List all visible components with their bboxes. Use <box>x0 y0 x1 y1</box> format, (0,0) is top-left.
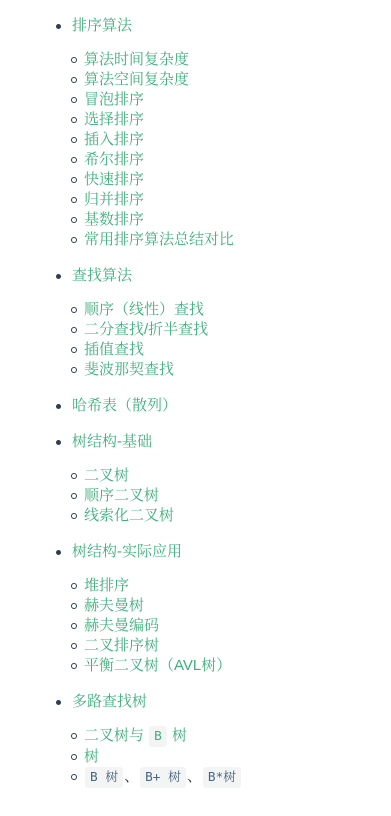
toc-sublist: 算法时间复杂度算法空间复杂度冒泡排序选择排序插入排序希尔排序快速排序归并排序基数… <box>72 50 375 250</box>
toc-item: 希尔排序 <box>84 150 375 170</box>
toc-item-link[interactable]: 选择排序 <box>84 111 144 128</box>
circle-bullet-icon <box>71 117 77 123</box>
toc-section-link[interactable]: 哈希表（散列） <box>72 397 177 414</box>
disc-bullet-icon <box>56 700 61 705</box>
toc-item: 顺序（线性）查找 <box>84 300 375 320</box>
toc-item-text: 插入排序 <box>84 131 144 148</box>
toc-item: 堆排序 <box>84 576 375 596</box>
circle-bullet-icon <box>71 97 77 103</box>
toc-item: B 树、B+ 树、B*树 <box>84 767 375 788</box>
circle-bullet-icon <box>71 347 77 353</box>
toc-item-link[interactable]: 平衡二叉树（AVL树） <box>84 657 231 674</box>
toc-item-link[interactable]: 顺序（线性）查找 <box>84 301 204 318</box>
toc-item-text: 常用排序算法总结对比 <box>84 231 234 248</box>
toc-item: 基数排序 <box>84 210 375 230</box>
toc-item-text: 插值查找 <box>84 341 144 358</box>
toc-item-text: 赫夫曼编码 <box>84 617 159 634</box>
circle-bullet-icon <box>71 57 77 63</box>
toc-section: 多路查找树二叉树与 B 树树B 树、B+ 树、B*树 <box>72 692 375 788</box>
toc-item: 归并排序 <box>84 190 375 210</box>
toc-item-link[interactable]: 冒泡排序 <box>84 91 144 108</box>
toc-item-link[interactable]: 二叉排序树 <box>84 637 159 654</box>
circle-bullet-icon <box>71 217 77 223</box>
toc-item-link[interactable]: 赫夫曼树 <box>84 597 144 614</box>
separator-text: 、 <box>124 768 139 785</box>
toc-section: 树结构-实际应用堆排序赫夫曼树赫夫曼编码二叉排序树平衡二叉树（AVL树） <box>72 542 375 676</box>
circle-bullet-icon <box>71 583 77 589</box>
toc-item: 二叉排序树 <box>84 636 375 656</box>
disc-bullet-icon <box>56 24 61 29</box>
toc-item: 选择排序 <box>84 110 375 130</box>
toc-sublist: 顺序（线性）查找二分查找/折半查找插值查找斐波那契查找 <box>72 300 375 380</box>
toc-item: 斐波那契查找 <box>84 360 375 380</box>
toc-item-text: 线索化二叉树 <box>84 507 174 524</box>
toc-item-text: 堆排序 <box>84 577 129 594</box>
toc-section-link[interactable]: 排序算法 <box>72 17 132 34</box>
toc-item-text: 二叉树与 <box>84 727 148 744</box>
toc-item: 二叉树 <box>84 466 375 486</box>
circle-bullet-icon <box>71 733 77 739</box>
toc-item: 算法时间复杂度 <box>84 50 375 70</box>
toc-item-text: 归并排序 <box>84 191 144 208</box>
circle-bullet-icon <box>71 177 77 183</box>
toc-item: 二分查找/折半查找 <box>84 320 375 340</box>
toc-item-link[interactable]: 插值查找 <box>84 341 144 358</box>
toc-item-text: 算法空间复杂度 <box>84 71 189 88</box>
toc-item: 算法空间复杂度 <box>84 70 375 90</box>
inline-code: B*树 <box>203 767 241 788</box>
circle-bullet-icon <box>71 774 77 780</box>
toc-item: 线索化二叉树 <box>84 506 375 526</box>
toc-item-link[interactable]: 归并排序 <box>84 191 144 208</box>
circle-bullet-icon <box>71 367 77 373</box>
toc-item: 常用排序算法总结对比 <box>84 230 375 250</box>
circle-bullet-icon <box>71 754 77 760</box>
toc-item: 赫夫曼树 <box>84 596 375 616</box>
circle-bullet-icon <box>71 77 77 83</box>
circle-bullet-icon <box>71 197 77 203</box>
separator-text: 、 <box>187 768 202 785</box>
toc-item-link[interactable]: 顺序二叉树 <box>84 487 159 504</box>
circle-bullet-icon <box>71 237 77 243</box>
toc-item-link[interactable]: 插入排序 <box>84 131 144 148</box>
toc-item-text: 二叉排序树 <box>84 637 159 654</box>
circle-bullet-icon <box>71 603 77 609</box>
toc-item-link[interactable]: 希尔排序 <box>84 151 144 168</box>
toc-item-link[interactable]: 算法时间复杂度 <box>84 51 189 68</box>
toc-item-text: 算法时间复杂度 <box>84 51 189 68</box>
toc-sublist: 二叉树顺序二叉树线索化二叉树 <box>72 466 375 526</box>
toc-item-text: 顺序（线性）查找 <box>84 301 204 318</box>
circle-bullet-icon <box>71 623 77 629</box>
inline-code: B+ 树 <box>140 767 186 788</box>
toc-section: 查找算法顺序（线性）查找二分查找/折半查找插值查找斐波那契查找 <box>72 266 375 380</box>
circle-bullet-icon <box>71 307 77 313</box>
circle-bullet-icon <box>71 137 77 143</box>
toc-section: 排序算法算法时间复杂度算法空间复杂度冒泡排序选择排序插入排序希尔排序快速排序归并… <box>72 16 375 250</box>
table-of-contents: 排序算法算法时间复杂度算法空间复杂度冒泡排序选择排序插入排序希尔排序快速排序归并… <box>0 16 391 808</box>
toc-section-link[interactable]: 树结构-实际应用 <box>72 543 182 560</box>
disc-bullet-icon <box>56 550 61 555</box>
disc-bullet-icon <box>56 404 61 409</box>
circle-bullet-icon <box>71 663 77 669</box>
toc-item-link[interactable]: 斐波那契查找 <box>84 361 174 378</box>
toc-item: 顺序二叉树 <box>84 486 375 506</box>
circle-bullet-icon <box>71 473 77 479</box>
toc-item-text: 冒泡排序 <box>84 91 144 108</box>
toc-section-link[interactable]: 多路查找树 <box>72 693 147 710</box>
toc-item-text: 希尔排序 <box>84 151 144 168</box>
toc-item-text: 快速排序 <box>84 171 144 188</box>
toc-item-text: 选择排序 <box>84 111 144 128</box>
circle-bullet-icon <box>71 513 77 519</box>
toc-section: 哈希表（散列） <box>72 396 375 416</box>
toc-item-text: 树 <box>84 748 99 765</box>
circle-bullet-icon <box>71 157 77 163</box>
circle-bullet-icon <box>71 493 77 499</box>
toc-item-link[interactable]: 二叉树 <box>84 467 129 484</box>
toc-item-text: 二叉树 <box>84 467 129 484</box>
toc-sublist: 二叉树与 B 树树B 树、B+ 树、B*树 <box>72 726 375 788</box>
toc-item-text: 平衡二叉树（AVL树） <box>84 657 231 674</box>
toc-item: 平衡二叉树（AVL树） <box>84 656 375 676</box>
toc-section-link[interactable]: 树结构-基础 <box>72 433 152 450</box>
toc-section-link[interactable]: 查找算法 <box>72 267 132 284</box>
toc-section: 树结构-基础二叉树顺序二叉树线索化二叉树 <box>72 432 375 526</box>
toc-item-link[interactable]: 快速排序 <box>84 171 144 188</box>
toc-list-root: 排序算法算法时间复杂度算法空间复杂度冒泡排序选择排序插入排序希尔排序快速排序归并… <box>40 16 375 788</box>
toc-item-link[interactable]: 算法空间复杂度 <box>84 71 189 88</box>
toc-item: 插值查找 <box>84 340 375 360</box>
toc-item-link[interactable]: 树 <box>84 748 99 765</box>
toc-item-link[interactable]: 线索化二叉树 <box>84 507 174 524</box>
circle-bullet-icon <box>71 643 77 649</box>
toc-item-link[interactable]: 二分查找/折半查找 <box>84 321 208 338</box>
toc-item-link[interactable]: 赫夫曼编码 <box>84 617 159 634</box>
toc-item-text: 基数排序 <box>84 211 144 228</box>
toc-item: 插入排序 <box>84 130 375 150</box>
toc-item: 冒泡排序 <box>84 90 375 110</box>
inline-code: B 树 <box>85 767 123 788</box>
toc-item: 树 <box>84 747 375 767</box>
toc-sublist: 堆排序赫夫曼树赫夫曼编码二叉排序树平衡二叉树（AVL树） <box>72 576 375 676</box>
toc-item-text: 赫夫曼树 <box>84 597 144 614</box>
toc-item-link[interactable]: 常用排序算法总结对比 <box>84 231 234 248</box>
circle-bullet-icon <box>71 327 77 333</box>
toc-item: 赫夫曼编码 <box>84 616 375 636</box>
toc-item-text: 树 <box>168 727 187 744</box>
toc-item-link[interactable]: 堆排序 <box>84 577 129 594</box>
disc-bullet-icon <box>56 440 61 445</box>
toc-item-text: 顺序二叉树 <box>84 487 159 504</box>
disc-bullet-icon <box>56 274 61 279</box>
toc-item-text: 二分查找/折半查找 <box>84 321 208 338</box>
inline-code: B <box>149 726 167 747</box>
toc-item: 快速排序 <box>84 170 375 190</box>
toc-item-link[interactable]: 二叉树与 B 树 <box>84 727 187 744</box>
toc-item: 二叉树与 B 树 <box>84 726 375 747</box>
toc-item-link[interactable]: 基数排序 <box>84 211 144 228</box>
toc-item-text: 斐波那契查找 <box>84 361 174 378</box>
